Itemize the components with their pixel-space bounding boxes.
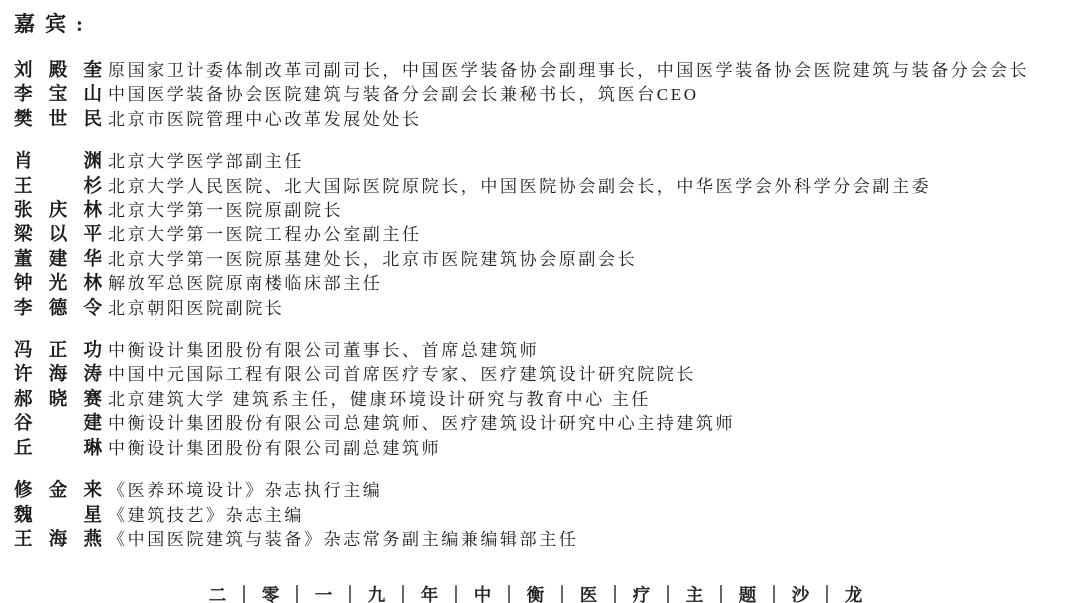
guest-name: 丘 琳 <box>14 438 102 461</box>
guest-row: 李德令北京朝阳医院副院长 <box>14 297 1066 321</box>
guest-name: 董建华 <box>14 249 102 272</box>
guest-title: 原国家卫计委体制改革司副司长，中国医学装备协会副理事长，中国医学装备协会医院建筑… <box>108 61 1029 80</box>
document-page: 嘉宾: 刘殿奎原国家卫计委体制改革司副司长，中国医学装备协会副理事长，中国医学装… <box>0 0 1080 603</box>
guest-name: 李德令 <box>14 298 102 321</box>
guest-group-officials: 刘殿奎原国家卫计委体制改革司副司长，中国医学装备协会副理事长，中国医学装备协会医… <box>14 59 1066 132</box>
guest-title: 北京朝阳医院副院长 <box>108 299 284 318</box>
guest-row: 谷 建中衡设计集团股份有限公司总建筑师、医疗建筑设计研究中心主持建筑师 <box>14 412 1066 436</box>
guest-title: 北京大学医学部副主任 <box>108 152 304 171</box>
guest-title: 北京大学第一医院原基建处长，北京市医院建筑协会原副会长 <box>108 250 637 269</box>
guest-title: 北京大学第一医院工程办公室副主任 <box>108 225 422 244</box>
guest-row: 肖 渊北京大学医学部副主任 <box>14 150 1066 174</box>
guest-name: 谷 建 <box>14 413 102 436</box>
guest-name: 魏 星 <box>14 505 102 528</box>
page-title: 嘉宾: <box>14 10 1066 38</box>
event-title-banner: 二｜零｜一｜九｜年｜中｜衡｜医｜疗｜主｜题｜沙｜龙 <box>14 582 1066 603</box>
guest-row: 李宝山中国医学装备协会医院建筑与装备分会副会长兼秘书长，筑医台CEO <box>14 83 1066 107</box>
guest-name: 刘殿奎 <box>14 60 102 83</box>
guest-title: 解放军总医院原南楼临床部主任 <box>108 274 382 293</box>
guest-title: 北京建筑大学 建筑系主任，健康环境设计研究与教育中心 主任 <box>108 390 651 409</box>
guest-row: 张庆林北京大学第一医院原副院长 <box>14 199 1066 223</box>
guest-row: 丘 琳中衡设计集团股份有限公司副总建筑师 <box>14 437 1066 461</box>
guest-title: 中衡设计集团股份有限公司董事长、首席总建筑师 <box>108 341 539 360</box>
guest-name: 王 杉 <box>14 176 102 199</box>
guest-name: 王海燕 <box>14 529 102 552</box>
guest-name: 张庆林 <box>14 200 102 223</box>
guest-row: 冯正功中衡设计集团股份有限公司董事长、首席总建筑师 <box>14 339 1066 363</box>
guest-row: 魏 星《建筑技艺》杂志主编 <box>14 504 1066 528</box>
guest-row: 董建华北京大学第一医院原基建处长，北京市医院建筑协会原副会长 <box>14 248 1066 272</box>
guest-title: 北京市医院管理中心改革发展处处长 <box>108 110 422 129</box>
guest-title: 北京大学人民医院、北大国际医院原院长，中国医院协会副会长，中华医学会外科学分会副… <box>108 177 931 196</box>
guest-group-media: 修金来《医养环境设计》杂志执行主编 魏 星《建筑技艺》杂志主编 王海燕《中国医院… <box>14 479 1066 552</box>
guest-name: 樊世民 <box>14 109 102 132</box>
guest-group-hospitals: 肖 渊北京大学医学部副主任 王 杉北京大学人民医院、北大国际医院原院长，中国医院… <box>14 150 1066 321</box>
guest-row: 钟光林解放军总医院原南楼临床部主任 <box>14 272 1066 296</box>
guest-name: 梁以平 <box>14 224 102 247</box>
guest-title: 中国中元国际工程有限公司首席医疗专家、医疗建筑设计研究院院长 <box>108 365 696 384</box>
guest-name: 李宝山 <box>14 84 102 107</box>
guest-row: 王 杉北京大学人民医院、北大国际医院原院长，中国医院协会副会长，中华医学会外科学… <box>14 175 1066 199</box>
guest-title: 《中国医院建筑与装备》杂志常务副主编兼编辑部主任 <box>108 530 578 549</box>
guest-name: 肖 渊 <box>14 151 102 174</box>
guest-row: 樊世民北京市医院管理中心改革发展处处长 <box>14 108 1066 132</box>
guest-title: 中衡设计集团股份有限公司副总建筑师 <box>108 439 441 458</box>
guest-title: 中国医学装备协会医院建筑与装备分会副会长兼秘书长，筑医台CEO <box>108 85 699 104</box>
guest-name: 冯正功 <box>14 340 102 363</box>
guest-row: 许海涛中国中元国际工程有限公司首席医疗专家、医疗建筑设计研究院院长 <box>14 363 1066 387</box>
guest-name: 钟光林 <box>14 273 102 296</box>
guest-row: 刘殿奎原国家卫计委体制改革司副司长，中国医学装备协会副理事长，中国医学装备协会医… <box>14 59 1066 83</box>
guest-title: 《建筑技艺》杂志主编 <box>108 506 304 525</box>
guest-name: 郝晓赛 <box>14 389 102 412</box>
guest-title: 北京大学第一医院原副院长 <box>108 201 343 220</box>
guest-title: 《医养环境设计》杂志执行主编 <box>108 481 382 500</box>
guest-row: 郝晓赛北京建筑大学 建筑系主任，健康环境设计研究与教育中心 主任 <box>14 388 1066 412</box>
guest-name: 修金来 <box>14 480 102 503</box>
guest-row: 梁以平北京大学第一医院工程办公室副主任 <box>14 223 1066 247</box>
guest-group-designers: 冯正功中衡设计集团股份有限公司董事长、首席总建筑师 许海涛中国中元国际工程有限公… <box>14 339 1066 461</box>
guest-title: 中衡设计集团股份有限公司总建筑师、医疗建筑设计研究中心主持建筑师 <box>108 414 735 433</box>
guest-row: 修金来《医养环境设计》杂志执行主编 <box>14 479 1066 503</box>
guest-name: 许海涛 <box>14 364 102 387</box>
guest-row: 王海燕《中国医院建筑与装备》杂志常务副主编兼编辑部主任 <box>14 528 1066 552</box>
